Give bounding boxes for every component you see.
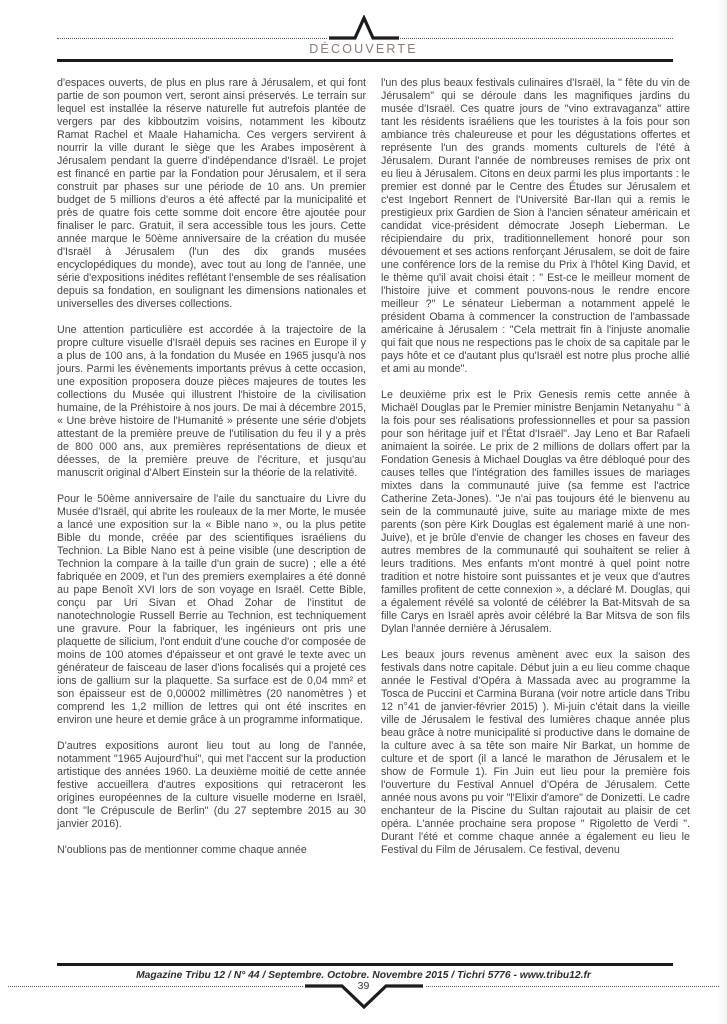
- right-column: l'un des plus beaux festivals culinaires…: [381, 77, 690, 870]
- header-rule: [57, 59, 673, 62]
- article-body: d'espaces ouverts, de plus en plus rare …: [57, 77, 690, 870]
- article-paragraph: l'un des plus beaux festivals culinaires…: [381, 77, 690, 376]
- article-paragraph: Les beaux jours revenus amènent avec eux…: [381, 649, 690, 857]
- page-number: 39: [303, 980, 425, 992]
- article-paragraph: N'oublions pas de mentionner comme chaqu…: [57, 844, 366, 857]
- article-paragraph: Pour le 50ème anniversaire de l'aile du …: [57, 493, 366, 727]
- magazine-page: DÉCOUVERTE d'espaces ouverts, de plus en…: [0, 0, 727, 1024]
- left-column: d'espaces ouverts, de plus en plus rare …: [57, 77, 366, 870]
- article-paragraph: Le deuxième prix est le Prix Genesis rem…: [381, 389, 690, 636]
- article-paragraph: Une attention particulière est accordée …: [57, 324, 366, 480]
- article-paragraph: D'autres expositions auront lieu tout au…: [57, 740, 366, 831]
- section-title: DÉCOUVERTE: [0, 42, 727, 56]
- page-number-ornament-icon: 39: [303, 978, 425, 1009]
- article-paragraph: d'espaces ouverts, de plus en plus rare …: [57, 77, 366, 311]
- peak-ornament-icon: [328, 15, 400, 41]
- footer-rule: [57, 963, 673, 966]
